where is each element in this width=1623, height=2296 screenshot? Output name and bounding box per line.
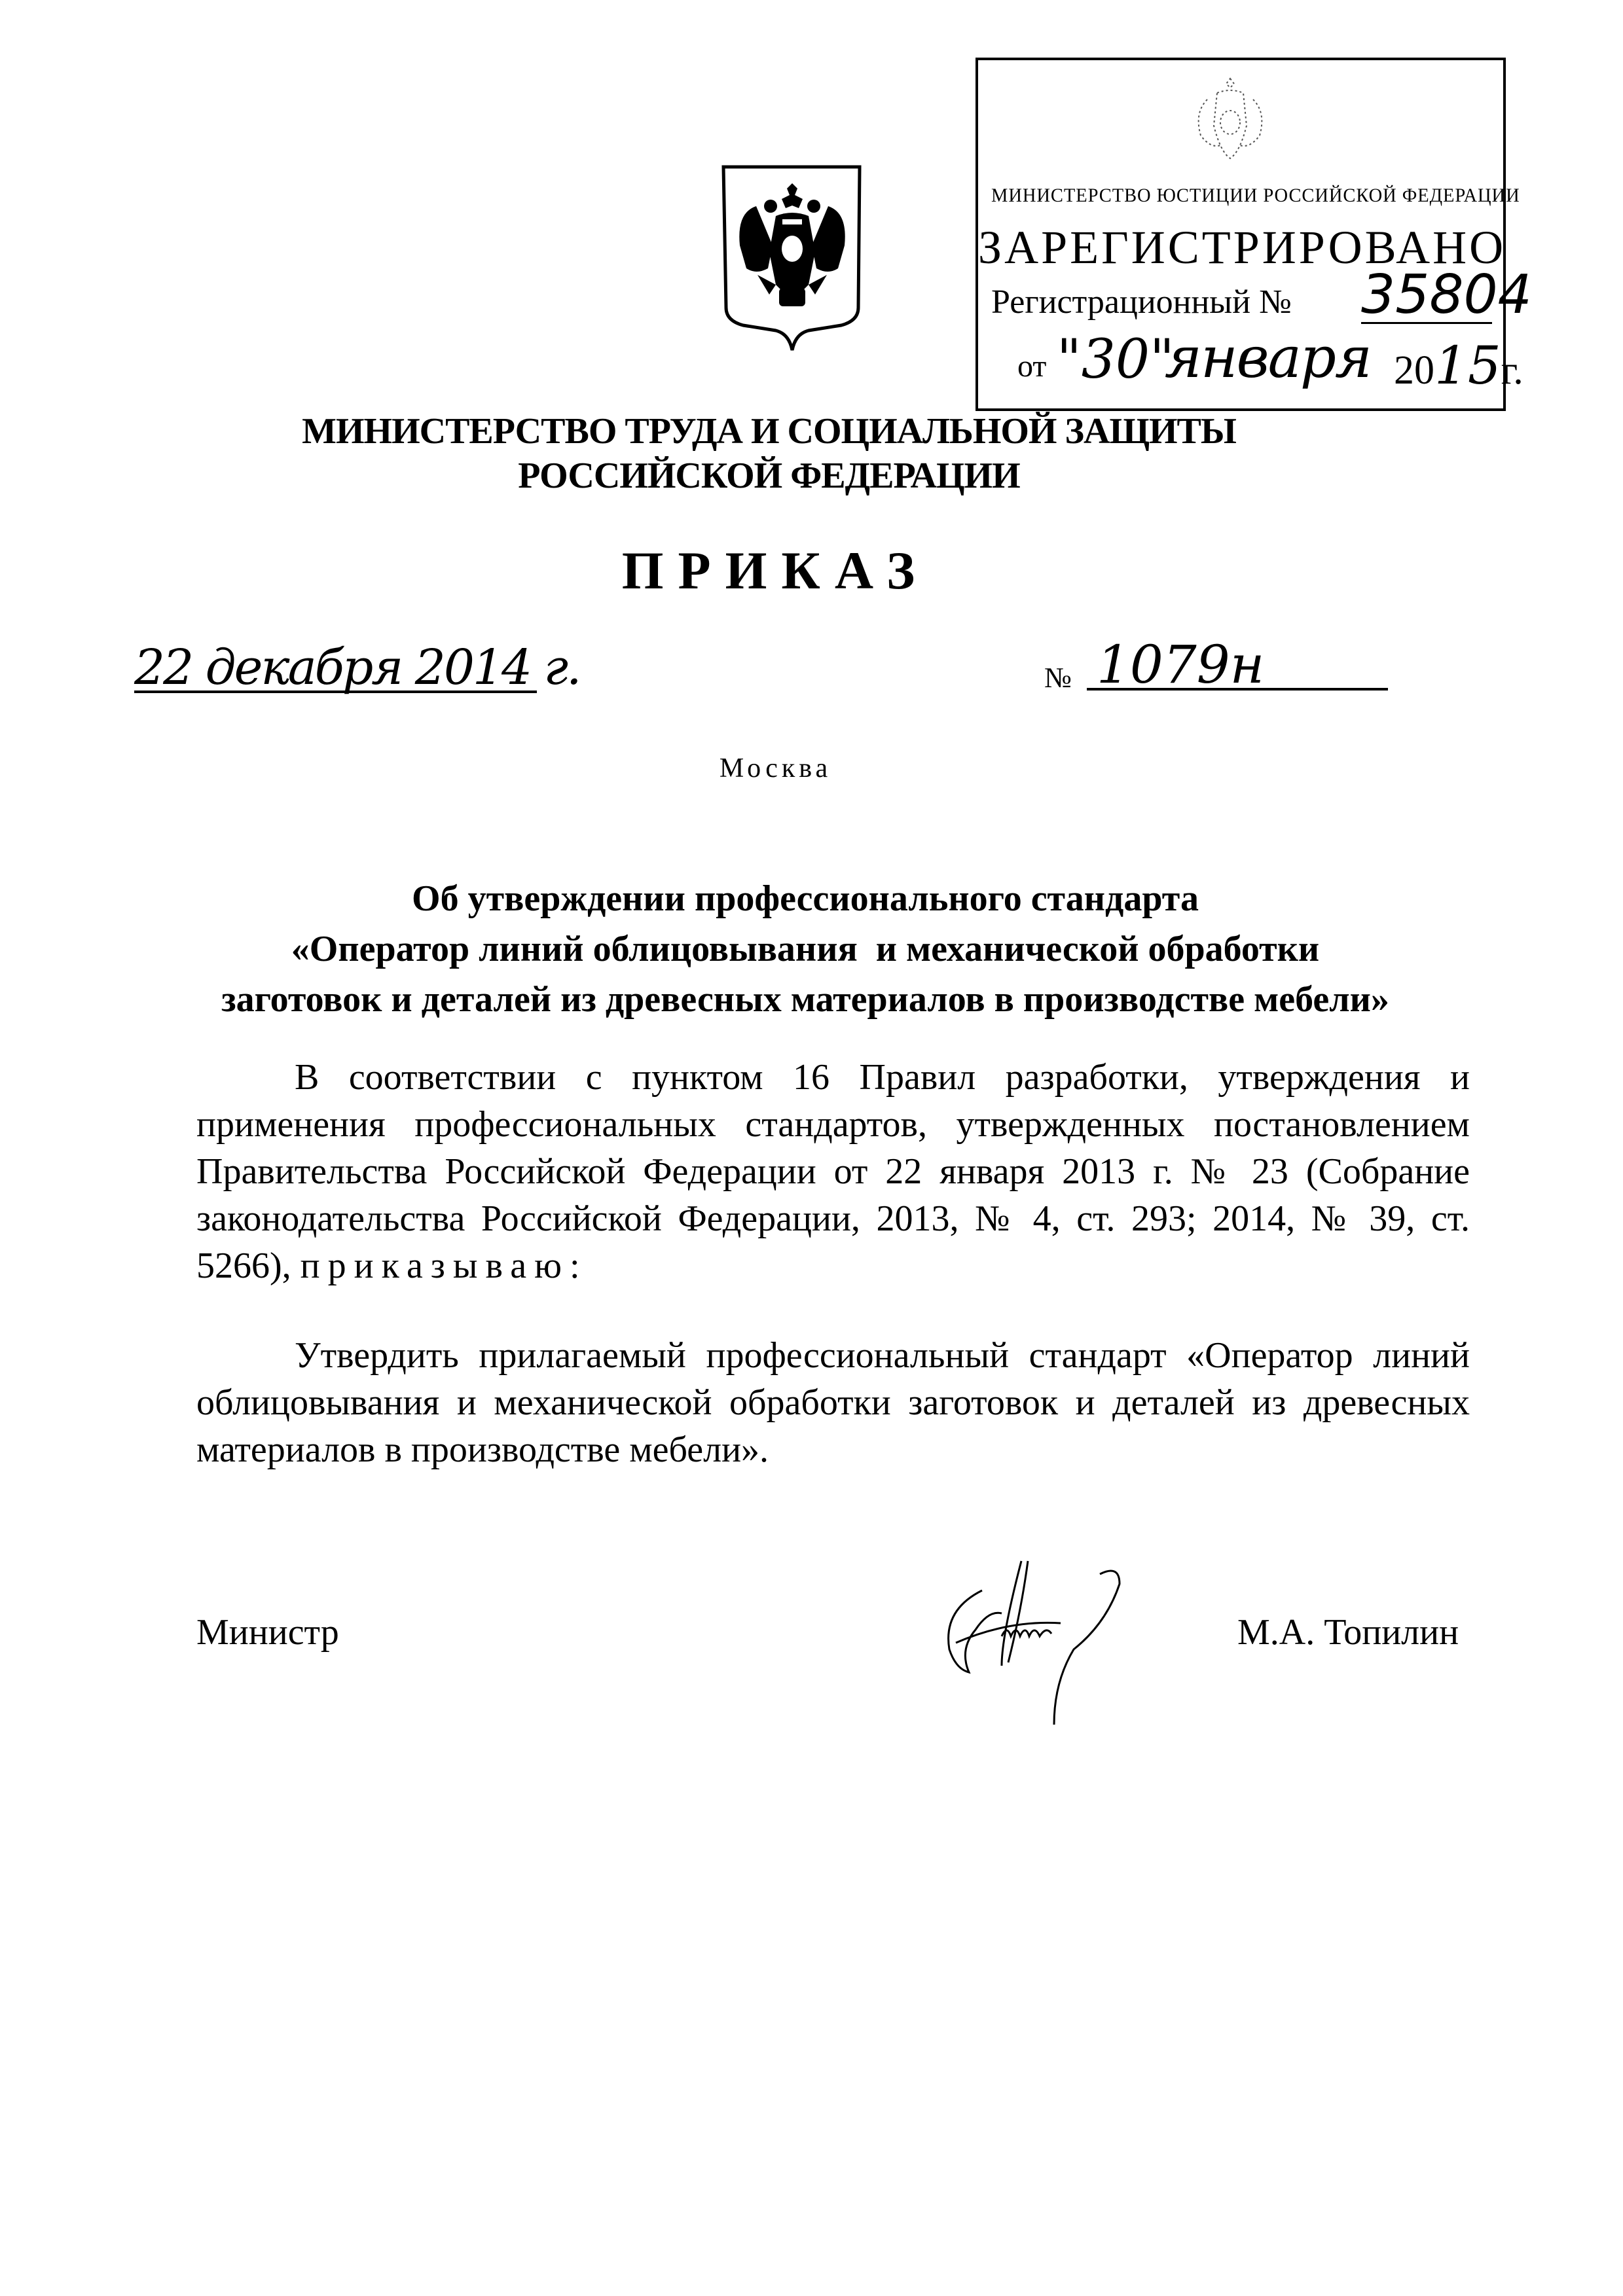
order-date: 22 декабря 2014 г. xyxy=(134,645,537,693)
registration-stamp: МИНИСТЕРСТВО ЮСТИЦИИ РОССИЙСКОЙ ФЕДЕРАЦИ… xyxy=(976,58,1506,411)
order-number-sign: № xyxy=(1044,661,1072,694)
stamp-year-handwritten: 15 xyxy=(1434,335,1501,396)
coat-of-arms-icon xyxy=(710,154,874,357)
order-word: приказываю: xyxy=(301,1246,588,1286)
order-city: Москва xyxy=(0,753,1587,784)
subject-line2: «Оператор линий облицовывания и механиче… xyxy=(183,924,1427,975)
stamp-date-prefix: от xyxy=(1017,348,1046,384)
stamp-year-suffix: г. xyxy=(1501,348,1523,393)
stamp-date-year: 2015г. xyxy=(1394,335,1523,396)
subject-line3: заготовок и деталей из древесных материа… xyxy=(183,975,1427,1025)
order-number: 1079н xyxy=(1087,645,1388,691)
body-paragraph-2: Утвердить прилагаемый профессиональный с… xyxy=(196,1332,1470,1473)
subject-line1: Об утверждении профессионального стандар… xyxy=(183,874,1427,924)
stamp-reg-label: Регистрационный № xyxy=(991,283,1292,321)
paragraph-2-text: Утвердить прилагаемый профессиональный с… xyxy=(196,1335,1470,1470)
stamp-ministry-name: МИНИСТЕРСТВО ЮСТИЦИИ РОССИЙСКОЙ ФЕДЕРАЦИ… xyxy=(991,185,1490,207)
order-subject: Об утверждении профессионального стандар… xyxy=(183,874,1427,1025)
ministry-title-line2: РОССИЙСКОЙ ФЕДЕРАЦИИ xyxy=(0,454,1580,498)
signer-name: М.А. Топилин xyxy=(1237,1611,1459,1653)
stamp-eagle-icon xyxy=(1181,73,1279,165)
body-paragraph-1: В соответствии с пунктом 16 Правил разра… xyxy=(196,1054,1470,1289)
handwritten-signature-icon xyxy=(923,1558,1264,1741)
stamp-reg-number: 35804 xyxy=(1361,268,1492,324)
stamp-date-month: января xyxy=(1165,325,1371,391)
signer-title: Министр xyxy=(196,1611,339,1653)
ministry-title: МИНИСТЕРСТВО ТРУДА И СОЦИАЛЬНОЙ ЗАЩИТЫ Р… xyxy=(0,409,1580,498)
order-title: ПРИКАЗ xyxy=(0,540,1587,601)
ministry-title-line1: МИНИСТЕРСТВО ТРУДА И СОЦИАЛЬНОЙ ЗАЩИТЫ xyxy=(0,409,1580,454)
stamp-date-day: "30" xyxy=(1057,329,1175,391)
stamp-year-prefix: 20 xyxy=(1394,348,1434,393)
